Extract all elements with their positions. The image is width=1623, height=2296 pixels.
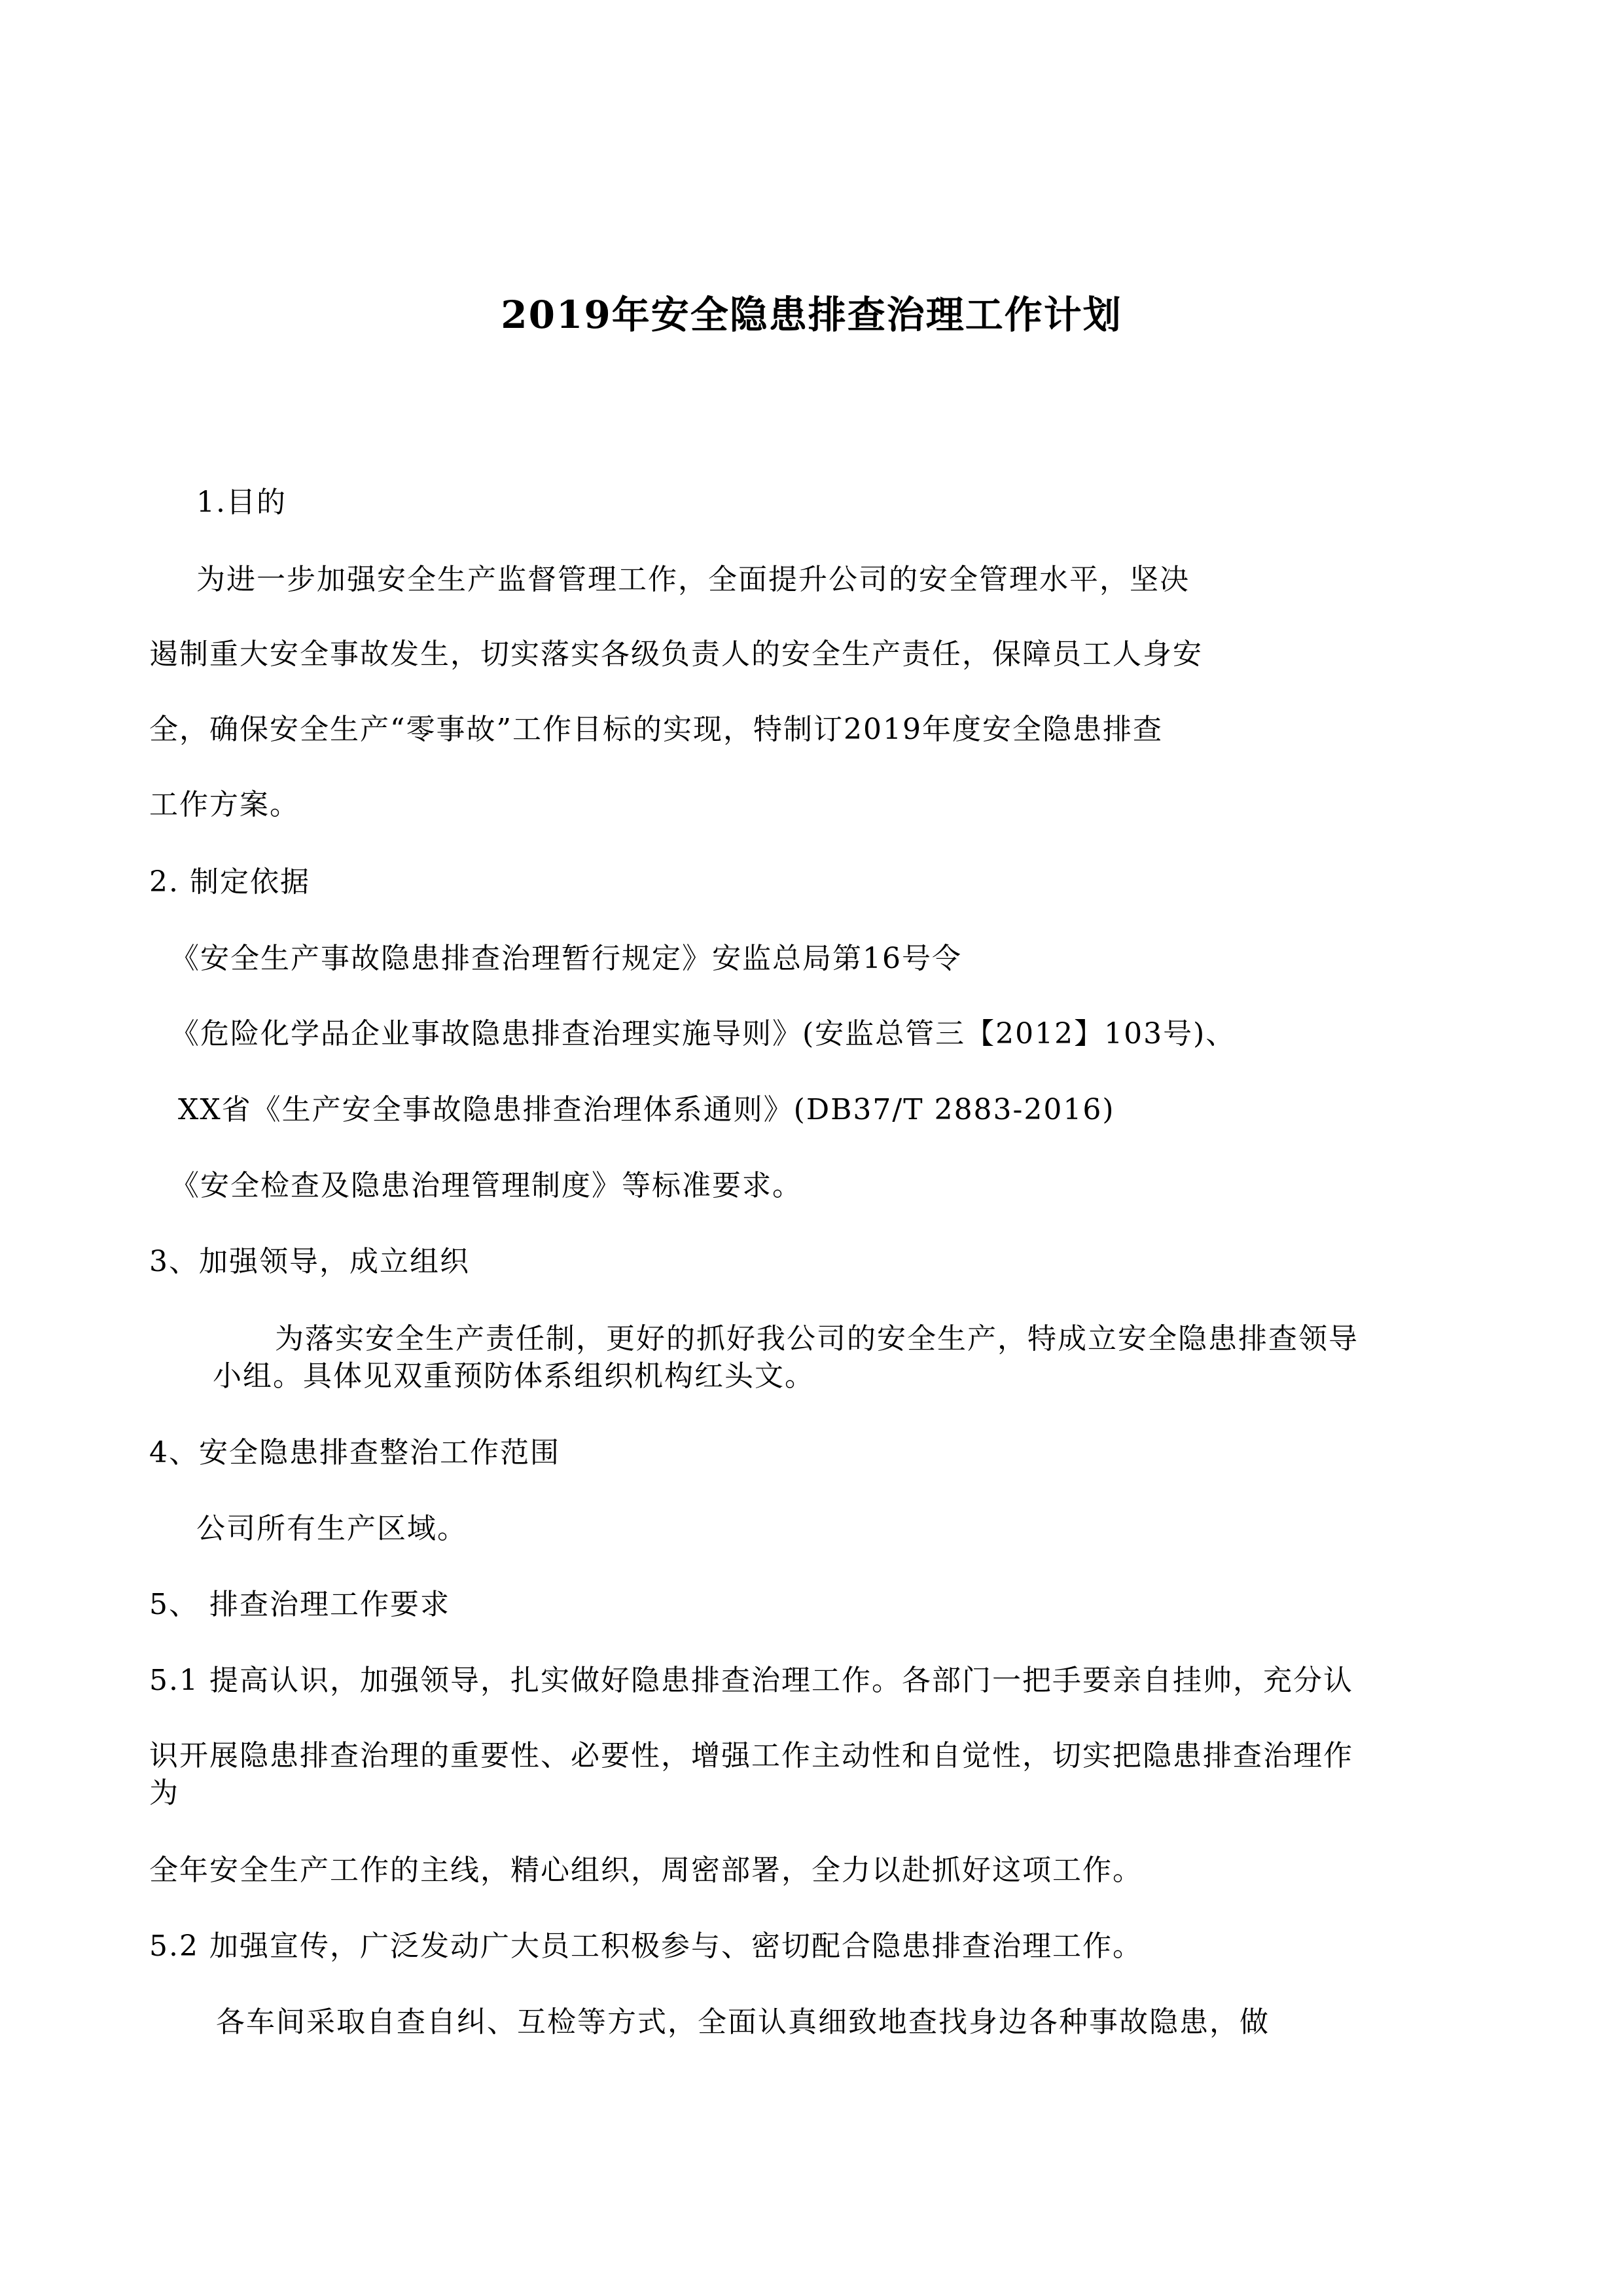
text-line: 小组。具体见双重预防体系组织机构红头文。 xyxy=(213,1358,815,1395)
text-line: 2. 制定依据 xyxy=(149,864,310,901)
text-line: 全年安全生产工作的主线，精心组织，周密部署，全力以赴抓好这项工作。 xyxy=(149,1852,1143,1889)
text-line: 工作方案。 xyxy=(149,787,300,823)
text-line: 为 xyxy=(149,1775,179,1812)
text-line: 识开展隐患排查治理的重要性、必要性，增强工作主动性和自觉性，切实把隐患排查治理作 xyxy=(149,1738,1353,1774)
text-line: 各车间采取自查自纠、互检等方式，全面认真细致地查找身边各种事故隐患，做 xyxy=(216,2004,1270,2041)
text-line: 《安全生产事故隐患排查治理暂行规定》安监总局第16号令 xyxy=(170,941,962,977)
text-line: XX省《生产安全事故隐患排查治理体系通则》(DB37/T 2883-2016) xyxy=(178,1092,1115,1128)
text-line: 4、安全隐患排查整治工作范围 xyxy=(149,1435,560,1471)
document-title: 2019年安全隐患排查治理工作计划 xyxy=(0,291,1623,338)
text-line: 5.1 提高认识，加强领导，扎实做好隐患排查治理工作。各部门一把手要亲自挂帅，充… xyxy=(149,1662,1353,1699)
text-line: 5、 排查治理工作要求 xyxy=(149,1587,450,1623)
text-line: 3、加强领导，成立组织 xyxy=(149,1244,470,1280)
text-line: 5.2 加强宣传，广泛发动广大员工积极参与、密切配合隐患排查治理工作。 xyxy=(149,1928,1143,1965)
text-line: 《危险化学品企业事故隐患排查治理实施导则》(安监总管三【2012】103号)、 xyxy=(170,1016,1236,1052)
text-line: 为进一步加强安全生产监督管理工作，全面提升公司的安全管理水平，坚决 xyxy=(196,562,1190,598)
document-page: 2019年安全隐患排查治理工作计划 1.目的为进一步加强安全生产监督管理工作，全… xyxy=(0,0,1623,2296)
text-line: 《安全检查及隐患治理管理制度》等标准要求。 xyxy=(170,1168,802,1204)
text-line: 1.目的 xyxy=(196,484,287,521)
text-line: 为落实安全生产责任制，更好的抓好我公司的安全生产，特成立安全隐患排查领导 xyxy=(275,1321,1359,1357)
text-line: 遏制重大安全事故发生，切实落实各级负责人的安全生产责任，保障员工人身安 xyxy=(149,636,1203,673)
text-line: 全，确保安全生产“零事故”工作目标的实现，特制订2019年度安全隐患排查 xyxy=(149,711,1163,748)
text-line: 公司所有生产区域。 xyxy=(196,1511,467,1547)
